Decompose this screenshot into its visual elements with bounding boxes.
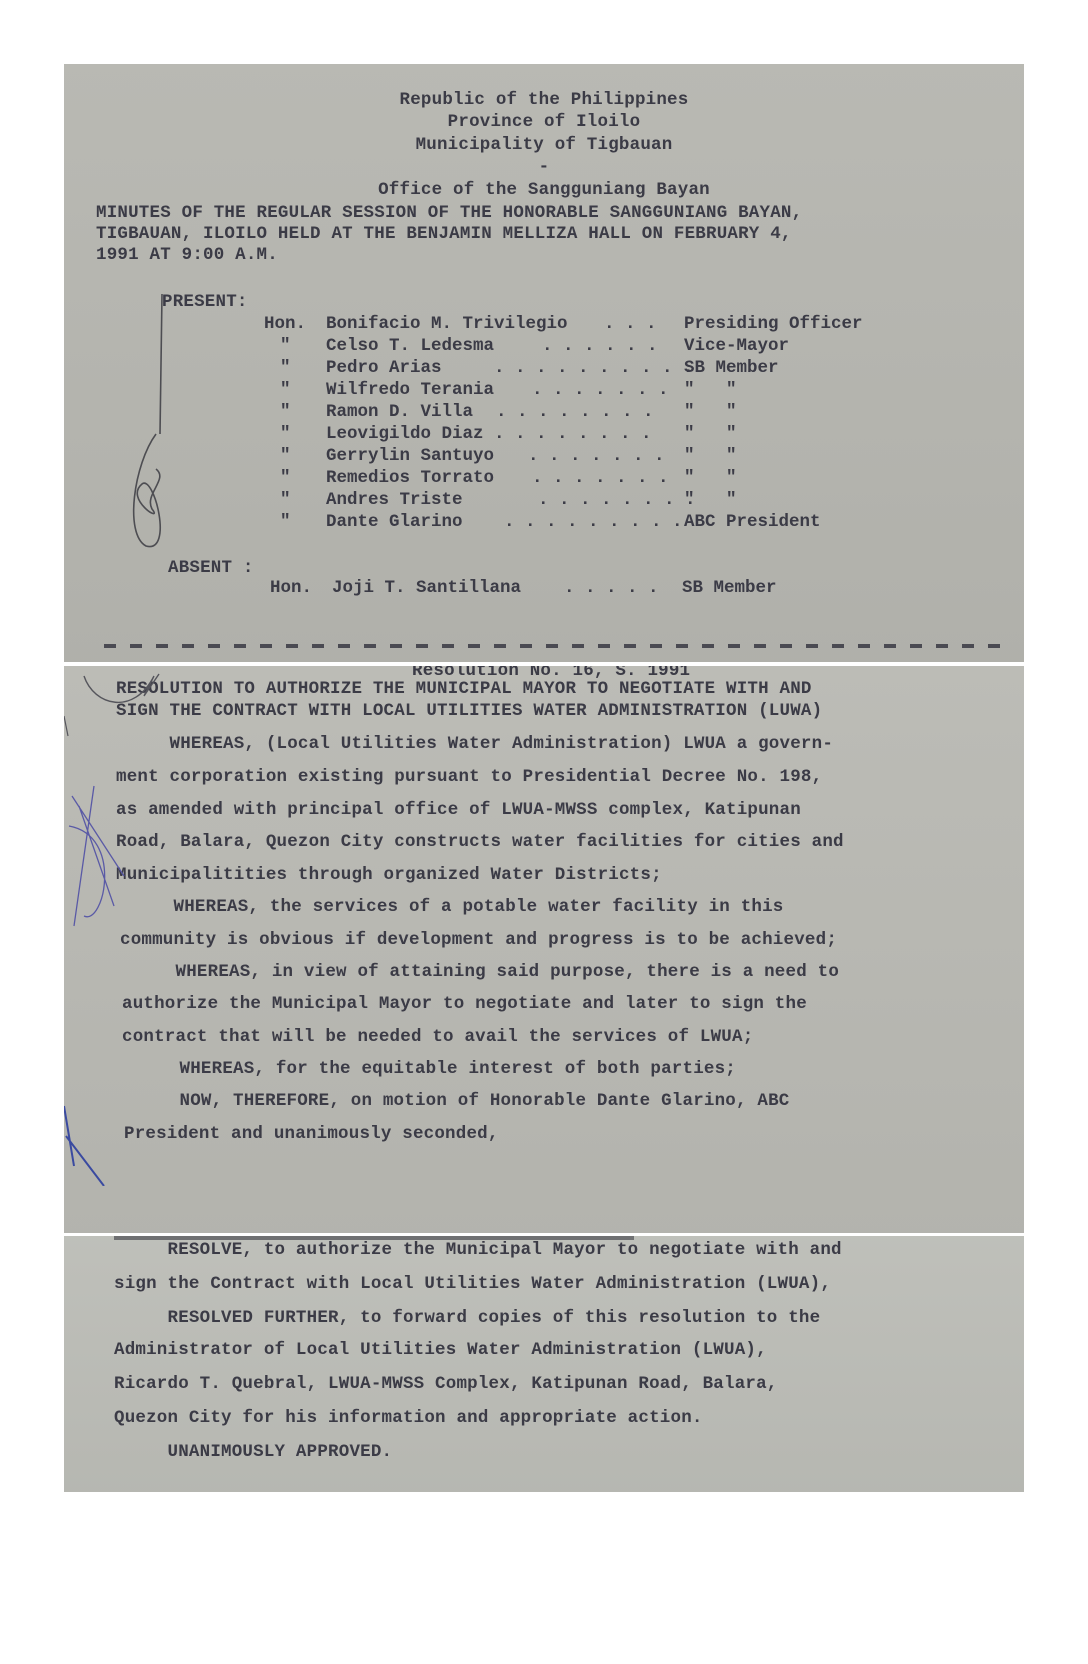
roster-row: "Leovigildo Diaz. . . . . . . ." " xyxy=(64,424,1024,446)
dot-leader: . . . . . . . . xyxy=(496,402,654,422)
resolution-body-line: Road, Balara, Quezon City constructs wat… xyxy=(116,832,844,852)
resolution-body-line: ment corporation existing pursuant to Pr… xyxy=(116,767,822,787)
member-position: " " xyxy=(684,468,737,488)
member-prefix: " xyxy=(280,336,291,356)
member-name: Celso T. Ledesma xyxy=(326,336,494,356)
resolution-panel: Resolution No. 16, S. 1991 RESOLUTION TO… xyxy=(64,666,1024,1233)
minutes-title-line-2: TIGBAUAN, ILOILO HELD AT THE BENJAMIN ME… xyxy=(96,224,792,244)
roster-row: Hon.Joji T. Santillana. . . . .SB Member xyxy=(64,578,1024,600)
resolution-body-line: Municipalitities through organized Water… xyxy=(116,865,662,885)
member-prefix: " xyxy=(280,512,291,532)
member-prefix: " xyxy=(280,424,291,444)
resolution-body-line: community is obvious if development and … xyxy=(120,930,837,950)
member-position: " " xyxy=(684,446,737,466)
minutes-title-line-3: 1991 AT 9:00 A.M. xyxy=(96,245,278,265)
roster-row: "Gerrylin Santuyo. . . . . . ." " xyxy=(64,446,1024,468)
member-prefix: " xyxy=(280,446,291,466)
resolve-line: RESOLVED FURTHER, to forward copies of t… xyxy=(114,1308,820,1328)
signature-scribble xyxy=(94,284,174,554)
dot-leader: . . . . . . . . . xyxy=(504,512,683,532)
resolve-line: Ricardo T. Quebral, LWUA-MWSS Complex, K… xyxy=(114,1374,778,1394)
roster-row: "Andres Triste. . . . . . . ." " xyxy=(64,490,1024,512)
header-municipality: Municipality of Tigbauan xyxy=(64,135,1024,155)
roster-row: "Dante Glarino. . . . . . . . .ABC Presi… xyxy=(64,512,1024,534)
dot-leader: . . . . . . . . xyxy=(494,424,652,444)
member-prefix: " xyxy=(280,402,291,422)
resolve-panel: RESOLVE, to authorize the Municipal Mayo… xyxy=(64,1236,1024,1492)
member-position: Vice-Mayor xyxy=(684,336,789,356)
roster-row: "Wilfredo Terania. . . . . . ." " xyxy=(64,380,1024,402)
resolve-line: UNANIMOUSLY APPROVED. xyxy=(114,1442,392,1462)
member-position: ABC President xyxy=(684,512,821,532)
resolution-body-line: President and unanimously seconded, xyxy=(124,1124,499,1144)
resolution-body-line: NOW, THEREFORE, on motion of Honorable D… xyxy=(126,1091,790,1111)
member-name: Pedro Arias xyxy=(326,358,442,378)
member-prefix: Hon. xyxy=(270,578,312,598)
minutes-title-line-1: MINUTES OF THE REGULAR SESSION OF THE HO… xyxy=(96,203,802,223)
header-office: Office of the Sangguniang Bayan xyxy=(64,180,1024,200)
member-prefix: " xyxy=(280,358,291,378)
member-position: " " xyxy=(684,380,737,400)
member-position: SB Member xyxy=(682,578,777,598)
member-position: " " xyxy=(684,424,737,444)
dot-leader: . . . . . . . xyxy=(532,468,669,488)
member-name: Ramon D. Villa xyxy=(326,402,473,422)
resolution-title-line-1: RESOLUTION TO AUTHORIZE THE MUNICIPAL MA… xyxy=(116,679,812,699)
margin-annotation xyxy=(64,666,174,1186)
member-prefix: " xyxy=(280,468,291,488)
minutes-header-panel: Republic of the Philippines Province of … xyxy=(64,64,1024,662)
header-separator: - xyxy=(64,157,1024,177)
present-label: PRESENT: xyxy=(162,292,248,312)
roster-row: Hon.Bonifacio M. Trivilegio. . .Presidin… xyxy=(64,314,1024,336)
dot-leader: . . . . . . xyxy=(542,336,658,356)
resolve-line: Quezon City for his information and appr… xyxy=(114,1408,703,1428)
member-name: Bonifacio M. Trivilegio xyxy=(326,314,568,334)
section-divider xyxy=(104,644,1004,648)
dot-leader: . . . . . . . . . . xyxy=(494,358,694,378)
resolve-line: Administrator of Local Utilities Water A… xyxy=(114,1340,767,1360)
absent-label: ABSENT : xyxy=(168,558,254,578)
member-name: Joji T. Santillana xyxy=(332,578,521,598)
roster-row: "Pedro Arias. . . . . . . . . .SB Member xyxy=(64,358,1024,380)
member-name: Leovigildo Diaz xyxy=(326,424,484,444)
resolution-body-line: authorize the Municipal Mayor to negotia… xyxy=(122,994,807,1014)
dot-leader: . . . . . . . . xyxy=(538,490,696,510)
roster-row: "Celso T. Ledesma. . . . . .Vice-Mayor xyxy=(64,336,1024,358)
dot-leader: . . . . . . . xyxy=(528,446,665,466)
resolution-body-line: as amended with principal office of LWUA… xyxy=(116,800,801,820)
header-province: Province of Iloilo xyxy=(64,112,1024,132)
member-prefix: " xyxy=(280,380,291,400)
resolution-body-line: contract that will be needed to avail th… xyxy=(122,1027,753,1047)
resolution-body-line: WHEREAS, (Local Utilities Water Administ… xyxy=(116,734,833,754)
roster-row: "Ramon D. Villa. . . . . . . ." " xyxy=(64,402,1024,424)
member-position: Presiding Officer xyxy=(684,314,863,334)
member-name: Remedios Torrato xyxy=(326,468,494,488)
member-name: Dante Glarino xyxy=(326,512,463,532)
header-republic: Republic of the Philippines xyxy=(64,90,1024,110)
resolution-body-line: WHEREAS, the services of a potable water… xyxy=(120,897,784,917)
member-name: Gerrylin Santuyo xyxy=(326,446,494,466)
member-name: Wilfredo Terania xyxy=(326,380,494,400)
member-position: " " xyxy=(684,490,737,510)
resolve-line: sign the Contract with Local Utilities W… xyxy=(114,1274,831,1294)
dot-leader: . . . . . . . xyxy=(532,380,669,400)
resolve-line: RESOLVE, to authorize the Municipal Mayo… xyxy=(114,1240,842,1260)
member-prefix: " xyxy=(280,490,291,510)
member-position: " " xyxy=(684,402,737,422)
dot-leader: . . . xyxy=(604,314,657,334)
member-position: SB Member xyxy=(684,358,779,378)
resolution-body-line: WHEREAS, in view of attaining said purpo… xyxy=(122,962,839,982)
roster-row: "Remedios Torrato. . . . . . ." " xyxy=(64,468,1024,490)
resolution-title-line-2: SIGN THE CONTRACT WITH LOCAL UTILITIES W… xyxy=(116,701,822,721)
dot-leader: . . . . . xyxy=(564,578,659,598)
member-name: Andres Triste xyxy=(326,490,463,510)
resolution-body-line: WHEREAS, for the equitable interest of b… xyxy=(126,1059,736,1079)
member-prefix: Hon. xyxy=(264,314,306,334)
